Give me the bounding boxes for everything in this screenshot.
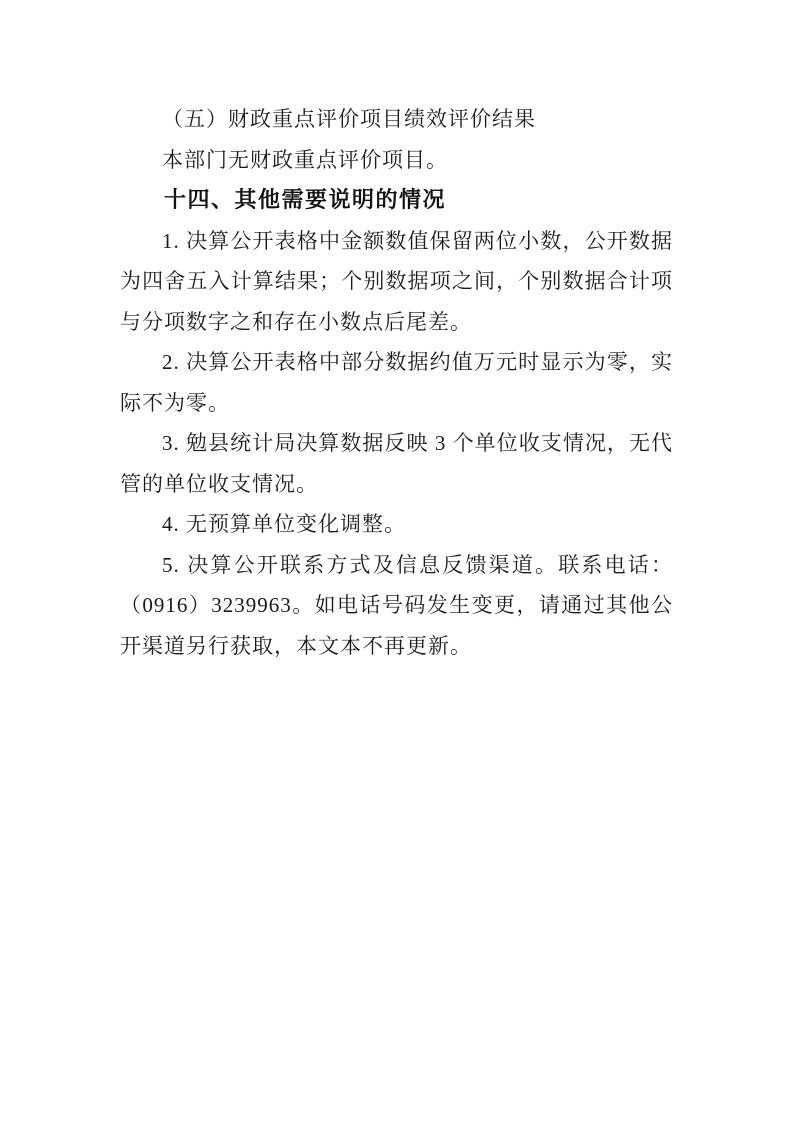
note-paragraph-5: 5. 决算公开联系方式及信息反馈渠道。联系电话：（0916）3239963。如电…	[120, 545, 673, 667]
subsection-title: （五）财政重点评价项目绩效评价结果	[120, 99, 673, 140]
note-paragraph-3: 3. 勉县统计局决算数据反映 3 个单位收支情况，无代管的单位收支情况。	[120, 423, 673, 504]
note-paragraph-1: 1. 决算公开表格中金额数值保留两位小数，公开数据为四舍五入计算结果；个别数据项…	[120, 221, 673, 343]
note-paragraph-2: 2. 决算公开表格中部分数据约值万元时显示为零，实际不为零。	[120, 342, 673, 423]
note-paragraph-4: 4. 无预算单位变化调整。	[120, 504, 673, 545]
document-page: （五）财政重点评价项目绩效评价结果 本部门无财政重点评价项目。 十四、其他需要说…	[0, 0, 793, 1122]
subsection-body: 本部门无财政重点评价项目。	[120, 140, 673, 181]
section-heading: 十四、其他需要说明的情况	[120, 180, 673, 221]
